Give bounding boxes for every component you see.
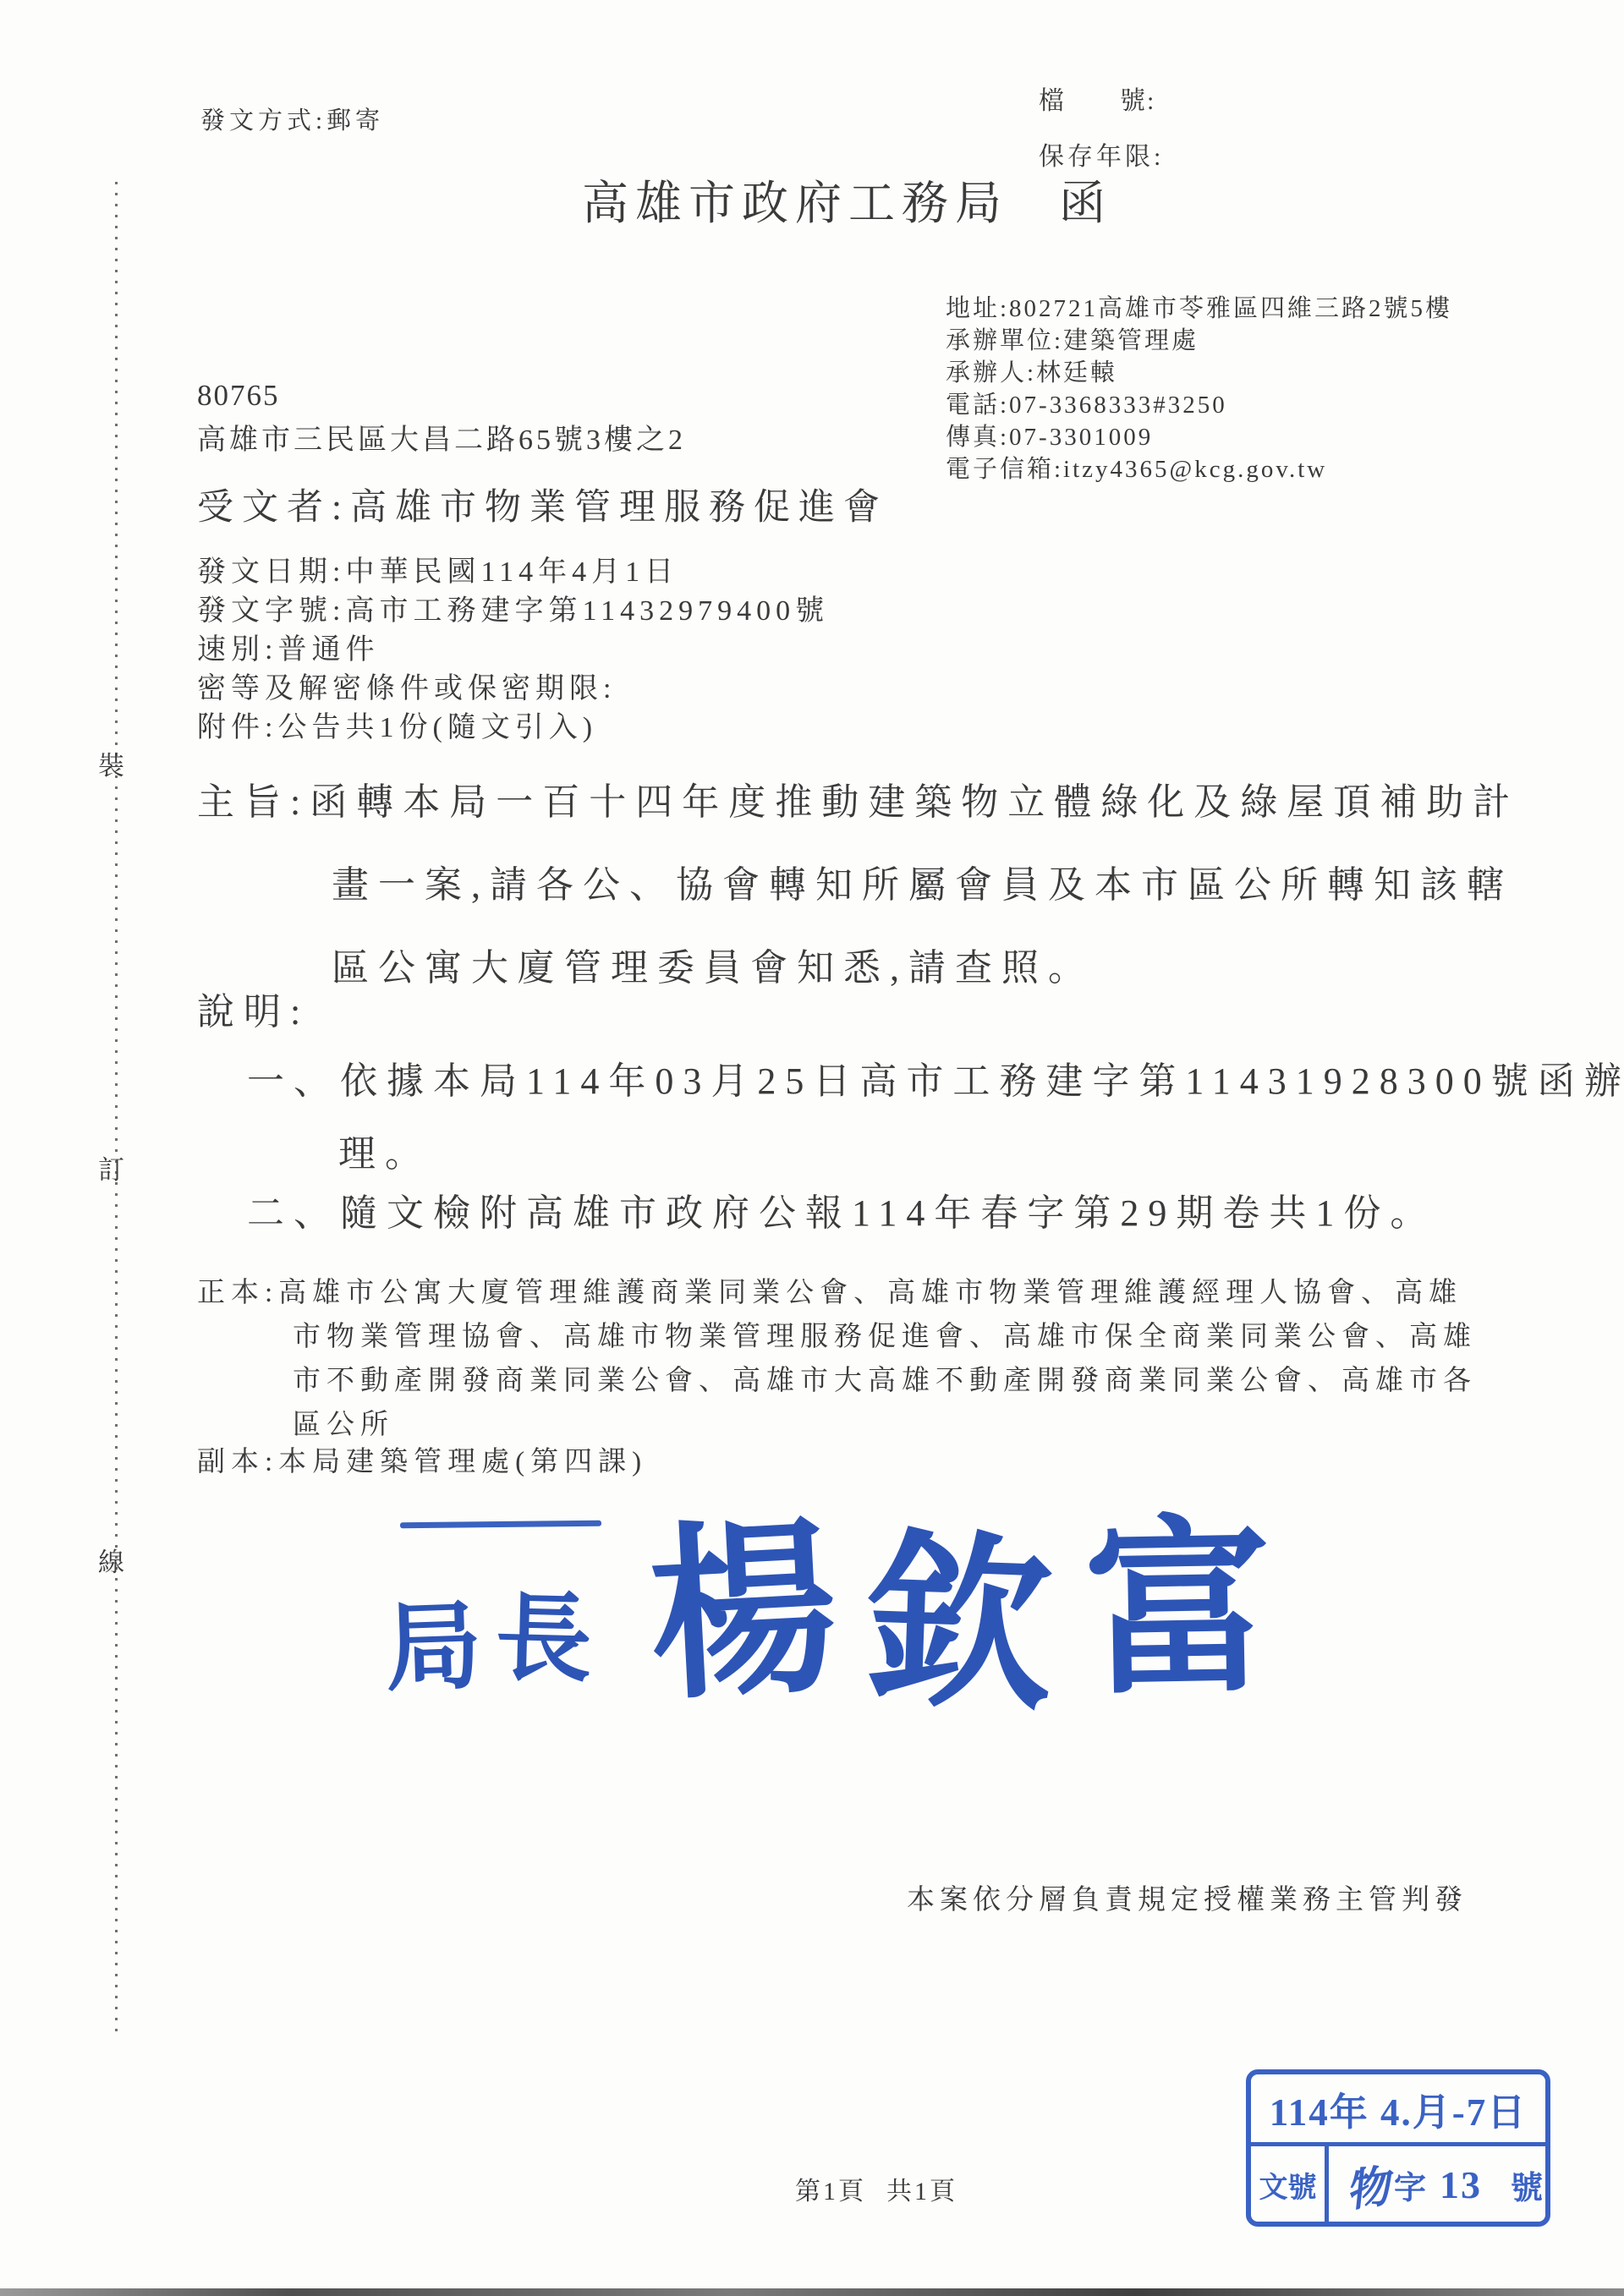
scan-edge-artifact xyxy=(0,2288,1624,2296)
signature-name-char-qin: 欽 xyxy=(861,1529,1056,1723)
subject-line-3: 區公寓大廈管理委員會知悉,請查照。 xyxy=(332,937,1095,991)
issue-number: 發文字號:高市工務建字第11432979400號 xyxy=(197,587,829,628)
delivery-method: 發文方式:郵寄 xyxy=(200,101,384,136)
binding-char-zhuang: 裝 xyxy=(98,744,124,782)
file-number-label: 檔 號: xyxy=(1039,79,1155,117)
received-stamp-date: 114年 4.月-7日 xyxy=(1251,2074,1545,2146)
cc-recipients: 副本:本局建築管理處(第四課) xyxy=(197,1439,647,1479)
authorization-note: 本案依分層負責規定授權業務主管判發 xyxy=(907,1877,1468,1917)
subject-line-1: 主旨:函轉本局一百十四年度推動建築物立體綠化及綠屋頂補助計 xyxy=(197,771,1519,825)
sender-address: 地址:802721高雄市苓雅區四維三路2號5樓 xyxy=(946,289,1452,324)
received-stamp: 114年 4.月-7日 文號 物 字 13 號 xyxy=(1246,2069,1550,2227)
original-recipients-line-3: 市不動產開發商業同業公會、高雄市大高雄不動產開發商業同業公會、高雄市各 xyxy=(293,1358,1477,1398)
attachment-note: 附件:公告共1份(隨文引入) xyxy=(197,704,597,745)
binding-dotted-line xyxy=(115,182,118,2034)
original-recipients-line-4: 區公所 xyxy=(293,1402,394,1442)
signature-overline xyxy=(400,1521,601,1528)
original-recipients-line-2: 市物業管理協會、高雄市物業管理服務促進會、高雄市保全商業同業公會、高雄 xyxy=(293,1314,1477,1354)
subject-line-2: 畫一案,請各公、協會轉知所屬會員及本市區公所轉知該轄 xyxy=(332,854,1513,908)
received-stamp-unit-hao: 號 xyxy=(1511,2162,1543,2208)
explanation-item2: 二、隨文檢附高雄市政府公報114年春字第29期卷共1份。 xyxy=(247,1182,1436,1236)
received-stamp-word-zi: 字 xyxy=(1394,2162,1426,2208)
security-class: 密等及解密條件或保密期限: xyxy=(197,665,616,706)
sender-fax: 傳真:07-3301009 xyxy=(946,418,1153,452)
page-number-current: 第1頁 xyxy=(795,2170,866,2207)
speed-class: 速別:普通件 xyxy=(197,626,379,667)
binding-char-xian: 線 xyxy=(98,1541,124,1579)
signature-title-char-ju: 局 xyxy=(382,1568,484,1710)
received-stamp-handwritten-char: 物 xyxy=(1341,2150,1393,2219)
sender-person: 承辦人:林廷轅 xyxy=(946,353,1117,388)
sender-phone: 電話:07-3368333#3250 xyxy=(946,386,1227,420)
received-stamp-docno-value: 物 字 13 號 xyxy=(1333,2146,1545,2222)
recipient-address: 高雄市三民區大昌二路65號3樓之2 xyxy=(197,416,686,458)
signature-title-char-zhang: 長 xyxy=(494,1560,594,1701)
received-stamp-docno-label: 文號 xyxy=(1251,2146,1329,2222)
original-recipients-line-1: 正本:高雄市公寓大廈管理維護商業同業公會、高雄市物業管理維護經理人協會、高雄 xyxy=(197,1270,1462,1310)
scanned-official-letter: { "colors": { "ink": "#3a3a3a", "stamp_b… xyxy=(0,0,1624,2296)
sender-email: 電子信箱:itzy4365@kcg.gov.tw xyxy=(946,450,1327,485)
explanation-item1-line2: 理。 xyxy=(338,1123,431,1177)
issue-date: 發文日期:中華民國114年4月1日 xyxy=(197,548,678,589)
binding-char-ding: 訂 xyxy=(98,1148,124,1186)
explanation-item1-line1: 一、依據本局114年03月25日高市工務建字第11431928300號函辦 xyxy=(247,1050,1624,1104)
document-type: 函 xyxy=(1059,166,1106,233)
recipient-line: 受文者:高雄市物業管理服務促進會 xyxy=(197,479,888,530)
sender-unit: 承辦單位:建築管理處 xyxy=(946,321,1199,356)
signature-name-char-fu: 富 xyxy=(1083,1516,1274,1707)
recipient-zip: 80765 xyxy=(197,379,280,413)
signature-name-char-yang: 楊 xyxy=(645,1515,842,1712)
agency-title: 高雄市政府工務局 xyxy=(582,166,1008,233)
received-stamp-number: 13 xyxy=(1440,2162,1482,2207)
explanation-heading: 說明: xyxy=(197,981,310,1035)
page-number-total: 共1頁 xyxy=(886,2170,957,2207)
